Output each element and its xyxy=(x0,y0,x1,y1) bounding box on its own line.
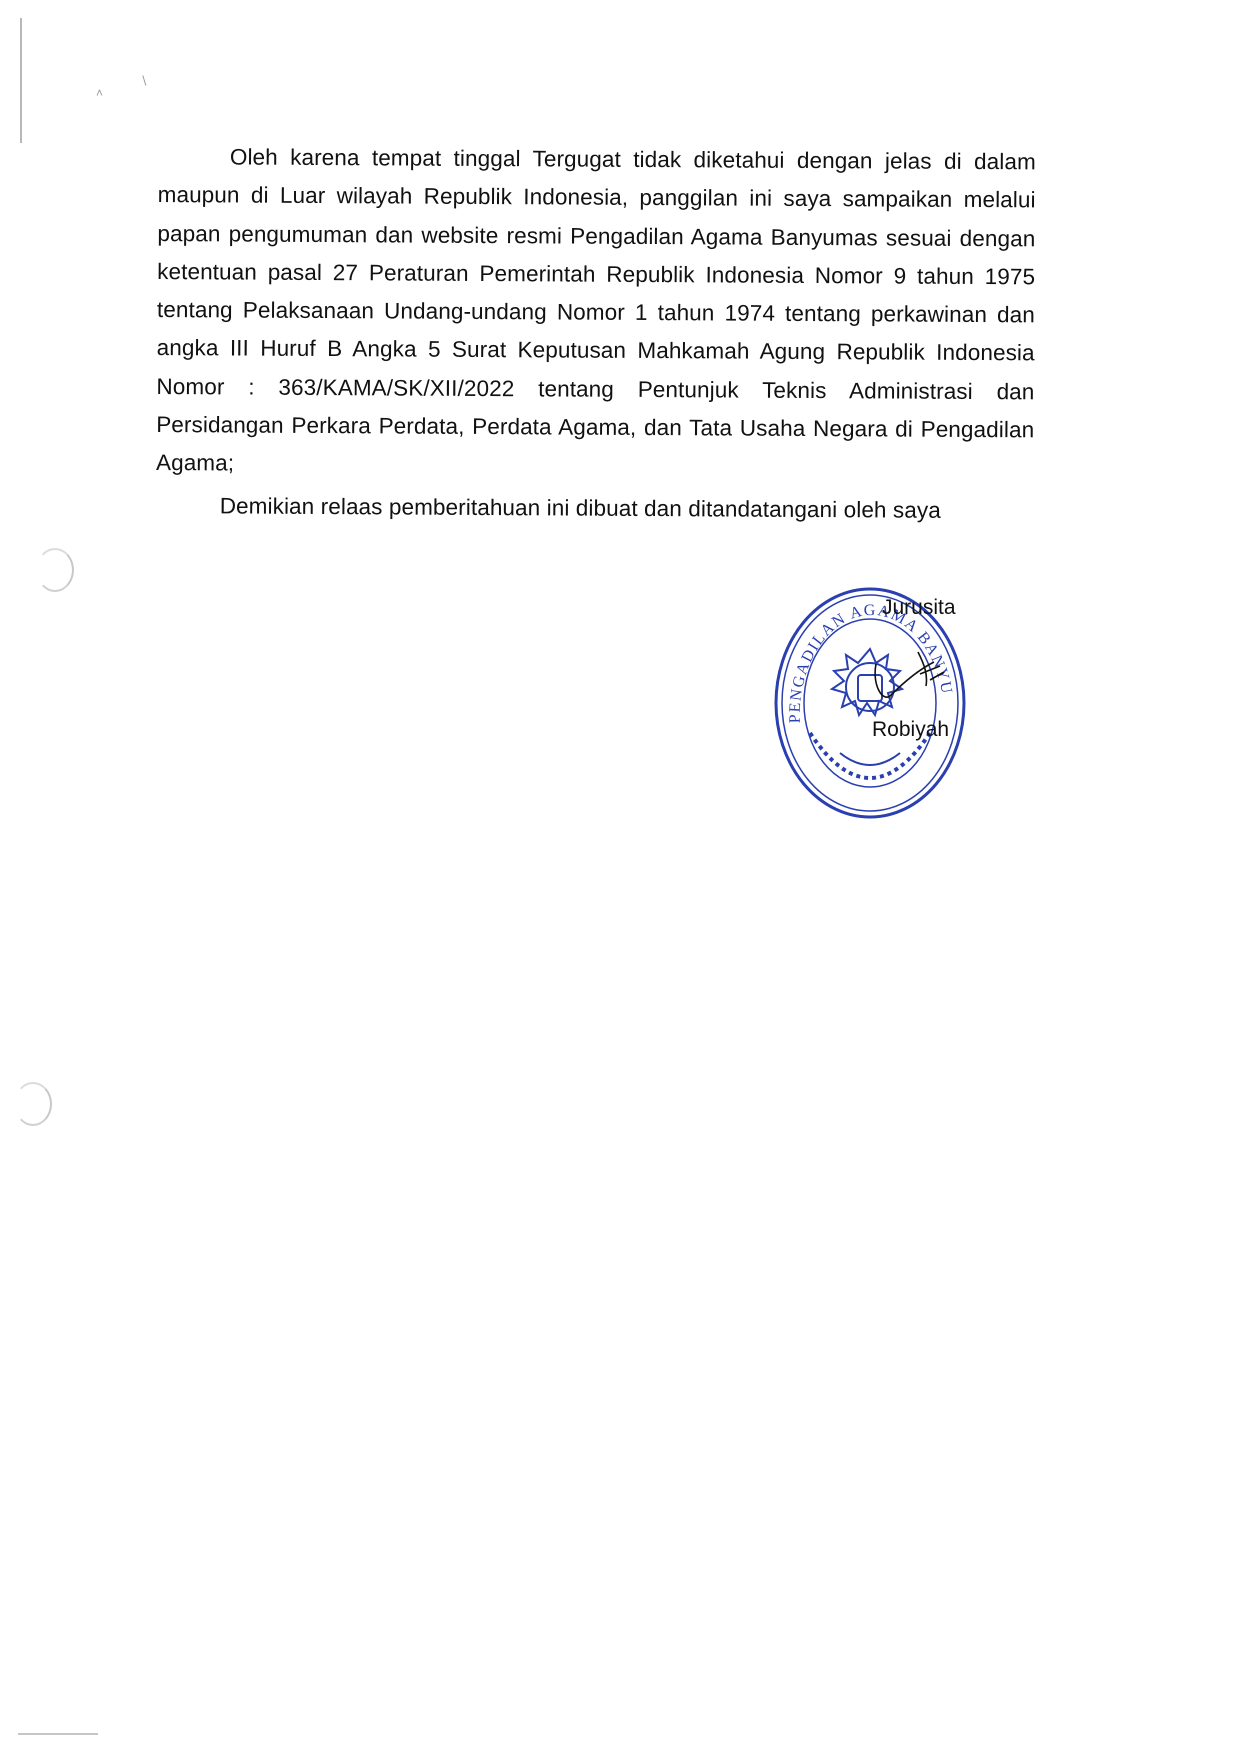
signer-name: Robiyah xyxy=(872,718,949,742)
document-body: Oleh karena tempat tinggal Tergugat tida… xyxy=(156,138,1036,530)
punch-hole xyxy=(14,1082,52,1126)
signer-title: Jurusita xyxy=(882,596,956,620)
scan-speck: ˄ xyxy=(96,86,103,100)
scan-bottom-line xyxy=(18,1733,98,1735)
paragraph-closing: Demikian relaas pemberitahuan ini dibuat… xyxy=(156,487,1034,531)
paragraph-summons-notice: Oleh karena tempat tinggal Tergugat tida… xyxy=(156,138,1036,488)
punch-hole xyxy=(36,548,74,592)
handwritten-signature-icon xyxy=(868,644,948,704)
scan-margin-line xyxy=(20,18,22,143)
scan-speck: ∖ xyxy=(140,74,148,88)
document-page: ˄ ∖ Oleh karena tempat tinggal Tergugat … xyxy=(0,0,1240,1754)
